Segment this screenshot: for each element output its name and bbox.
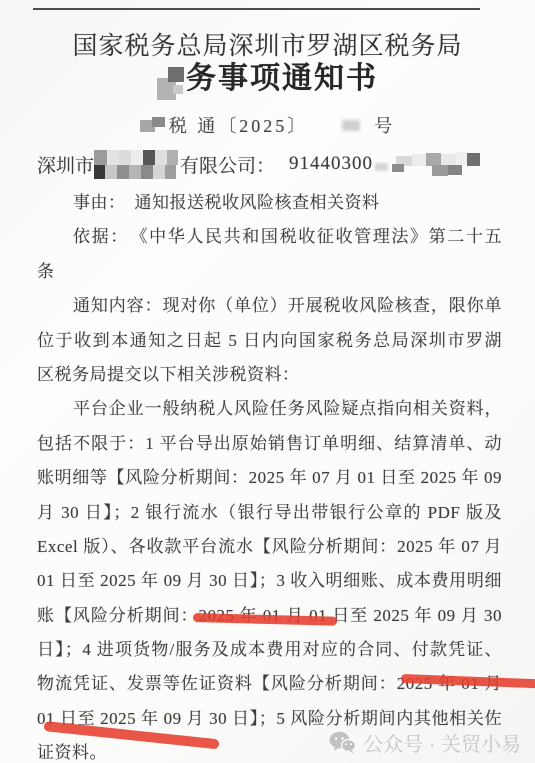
document-photo: 国家税务总局深圳市罗湖区税务局 务事项通知书 税 通〔2025〕 号 深圳市 xyxy=(0,0,535,763)
doc-line: 01 日至 2025 年 09 月 30 日】；3 收入明细账、成本费用明细 xyxy=(37,564,502,598)
tax-id-redaction-mosaic xyxy=(392,152,480,178)
watermark-text: 公众号 · 关贸小易 xyxy=(363,728,521,757)
doc-title-row: 务事项通知书 xyxy=(0,58,535,106)
watermark: 公众号 · 关贸小易 xyxy=(329,728,521,757)
doc-line: 通知内容：现对你（单位）开展税收风险核查，限你单 xyxy=(37,289,502,323)
doc-line: 物流凭证、发票等佐证资料【风险分析期间：2025 年 01 月 xyxy=(37,667,502,701)
tax-id: 91440300 xyxy=(289,153,373,175)
doc-line: 日】；4 进项货物/服务及成本费用对应的合同、付款凭证、 xyxy=(37,633,502,667)
doc-line: 事由： 通知报送税收风险核查相关资料 xyxy=(37,186,502,220)
doc-number-left: 税 通〔2025〕 xyxy=(169,112,309,138)
doc-line: 位于收到本通知之日起 5 日内向国家税务总局深圳市罗湖 xyxy=(37,324,502,358)
wechat-icon xyxy=(329,731,356,754)
doc-line: 平台企业一般纳税人风险任务风险疑点指向相关资料， xyxy=(37,392,502,426)
doc-number-redaction-mosaic xyxy=(140,117,166,133)
doc-line: Excel 版）、各收款平台流水【风险分析期间：2025 年 07 月 xyxy=(37,530,502,564)
doc-line: 账明细等【风险分析期间：2025 年 07 月 01 日至 2025 年 09 xyxy=(37,461,502,495)
doc-number-suffix: 号 xyxy=(374,112,395,138)
doc-line: 依据： 《中华人民共和国税收征收管理法》第二十五 xyxy=(37,220,502,254)
issuing-authority: 国家税务总局深圳市罗湖区税务局 xyxy=(0,26,535,62)
doc-number-smudge xyxy=(342,120,360,131)
doc-line: 条 xyxy=(37,255,502,289)
company-redaction-mosaic xyxy=(94,150,178,182)
doc-title: 务事项通知书 xyxy=(186,58,378,100)
doc-line: 区税务局提交以下相关涉税资料： xyxy=(37,358,502,392)
doc-number-line: 税 通〔2025〕 号 xyxy=(0,112,535,138)
title-redaction-mosaic xyxy=(157,65,185,101)
tax-id-smudge xyxy=(375,163,388,171)
recipient-line: 深圳市 有限公司： 91440300 xyxy=(37,146,505,182)
doc-line: 月 30 日】；2 银行流水（银行导出带银行公章的 PDF 版及 xyxy=(37,496,502,530)
company-name-suffix: 有限公司： xyxy=(180,151,275,178)
top-divider xyxy=(33,8,480,10)
doc-line: 包括不限于：1 平台导出原始销售订单明细、结算清单、动 xyxy=(37,427,502,461)
company-name-prefix: 深圳市 xyxy=(37,151,94,178)
